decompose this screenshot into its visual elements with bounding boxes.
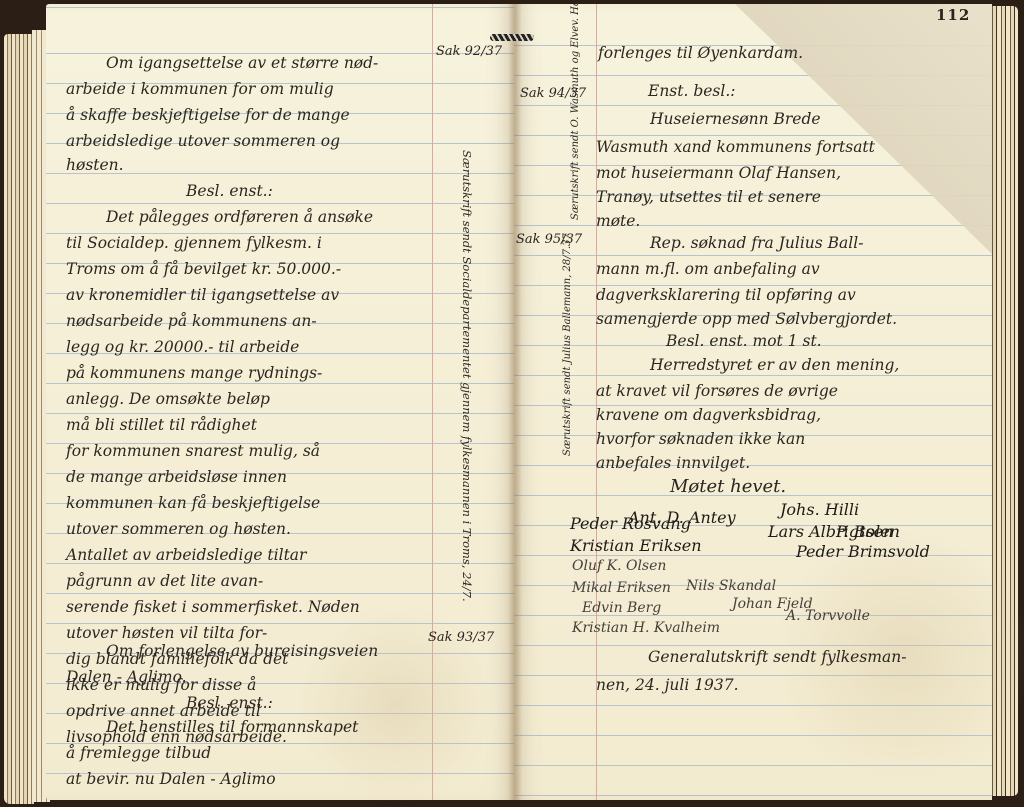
case-number-note: Sak 92/37 xyxy=(436,44,502,59)
left-page-edges xyxy=(4,34,34,804)
handwritten-line: nen, 24. juli 1937. xyxy=(596,670,739,700)
page-number: 112 xyxy=(936,6,970,24)
handwritten-line: Huseiernesønn Brede xyxy=(650,104,821,134)
binding-stitch xyxy=(490,34,534,41)
book-spine-gutter xyxy=(508,4,522,800)
margin-note-vertical: Særutskrift sendt Socialdepartementet gj… xyxy=(460,150,474,630)
signature: Peder Brimsvold xyxy=(796,542,930,561)
signature: Mikal Eriksen xyxy=(572,580,671,596)
handwritten-line: forlenges til Øyenkardam. xyxy=(598,38,803,68)
meeting-adjourned-heading: Møtet hevet. xyxy=(670,472,786,502)
signature: Kristian H. Kvalheim xyxy=(572,620,720,636)
signature: Nils Skandal xyxy=(686,578,776,594)
signature: Edvin Berg xyxy=(582,600,661,616)
margin-note-vertical: Særutskrift sendt Julius Ballemann, 28/7… xyxy=(562,233,573,456)
case-number-note: Sak 93/37 xyxy=(428,630,494,645)
signature: Johs. Hilli xyxy=(780,500,859,519)
signature: Peder Rosvang xyxy=(570,514,691,533)
handwritten-line: høsten. xyxy=(66,150,124,180)
handwritten-line: Generalutskrift sendt fylkesman- xyxy=(648,642,906,672)
handwritten-line: møte. xyxy=(596,206,640,236)
signature: P. Bolen xyxy=(836,522,900,541)
margin-note-vertical: Særutskrift sendt O. Wasmuth og Elvev. H… xyxy=(570,0,581,220)
signature: Kristian Eriksen xyxy=(570,536,702,555)
signature: Oluf K. Olsen xyxy=(572,558,666,574)
handwritten-line: at bevir. nu Dalen - Aglimo xyxy=(66,764,276,794)
signature: A. Torvvolle xyxy=(786,608,870,624)
resolution-heading: Enst. besl.: xyxy=(648,76,736,106)
handwritten-line: Dalen - Aglimo. xyxy=(66,662,187,692)
